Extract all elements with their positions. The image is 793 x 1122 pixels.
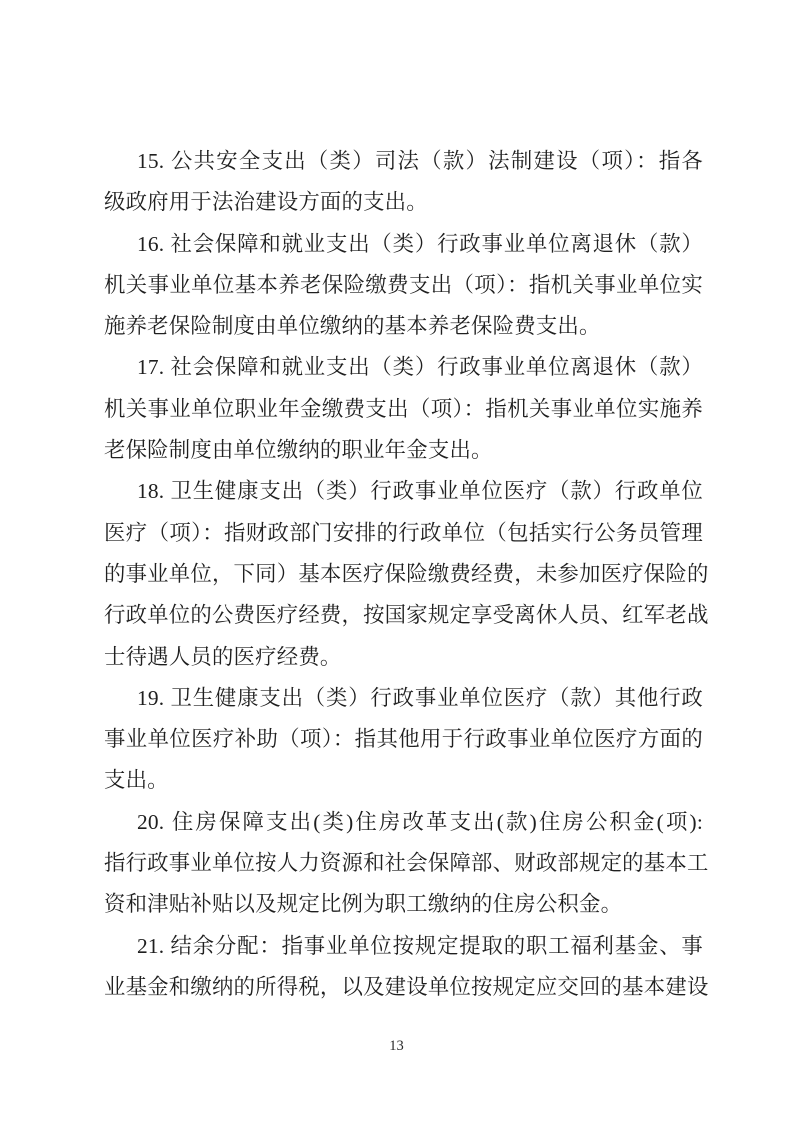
text-line: 的事业单位，下同）基本医疗保险缴费经费，未参加医疗保险的 [104,554,703,595]
document-body: 15. 公共安全支出（类）司法（款）法制建设（项）：指各级政府用于法治建设方面的… [104,141,703,1008]
page-number: 13 [0,1036,793,1056]
text-line: 16. 社会保障和就业支出（类）行政事业单位离退休（款） [104,224,703,265]
text-line: 行政单位的公费医疗经费，按国家规定享受离休人员、红军老战 [104,595,703,636]
text-line: 机关事业单位职业年金缴费支出（项）：指机关事业单位实施养 [104,389,703,430]
text-line: 支出。 [104,760,703,801]
text-line: 业基金和缴纳的所得税，以及建设单位按规定应交回的基本建设 [104,967,703,1008]
text-line: 机关事业单位基本养老保险缴费支出（项）：指机关事业单位实 [104,265,703,306]
text-line: 事业单位医疗补助（项）：指其他用于行政事业单位医疗方面的 [104,719,703,760]
text-line: 指行政事业单位按人力资源和社会保障部、财政部规定的基本工 [104,843,703,884]
text-line: 施养老保险制度由单位缴纳的基本养老保险费支出。 [104,306,703,347]
text-line: 19. 卫生健康支出（类）行政事业单位医疗（款）其他行政 [104,678,703,719]
text-line: 级政府用于法治建设方面的支出。 [104,182,703,223]
text-line: 18. 卫生健康支出（类）行政事业单位医疗（款）行政单位 [104,471,703,512]
document-page: 15. 公共安全支出（类）司法（款）法制建设（项）：指各级政府用于法治建设方面的… [0,0,793,1122]
text-line: 老保险制度由单位缴纳的职业年金支出。 [104,430,703,471]
text-line: 士待遇人员的医疗经费。 [104,637,703,678]
text-line: 20. 住房保障支出(类)住房改革支出(款)住房公积金(项): [104,802,703,843]
text-line: 医疗（项）：指财政部门安排的行政单位（包括实行公务员管理 [104,513,703,554]
text-line: 资和津贴补贴以及规定比例为职工缴纳的住房公积金。 [104,884,703,925]
text-line: 21. 结余分配：指事业单位按规定提取的职工福利基金、事 [104,926,703,967]
text-line: 15. 公共安全支出（类）司法（款）法制建设（项）：指各 [104,141,703,182]
text-line: 17. 社会保障和就业支出（类）行政事业单位离退休（款） [104,347,703,388]
